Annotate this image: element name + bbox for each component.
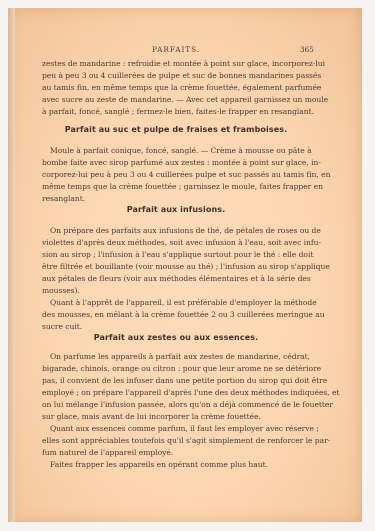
paragraph-line: avec sucre au zeste de mandarine. — Avec… — [42, 94, 310, 106]
paragraph-line: On prépare des parfaits aux infusions de… — [42, 225, 310, 237]
paragraph-line: Quant aux essences comme parfum, il faut… — [42, 423, 310, 435]
paragraph-line: resanglant. — [42, 193, 310, 205]
paragraph-line: employé ; on prépare l'appareil d'après … — [42, 387, 310, 399]
paragraph-line: on lui mélange l'infusion passée, alors … — [42, 399, 310, 411]
section-title: Parfait au suc et pulpe de fraises et fr… — [42, 125, 310, 134]
paragraph-line: On parfume les appareils à parfait aux z… — [42, 351, 310, 363]
paragraph-line: aux pétales de fleurs (voir aux méthodes… — [42, 273, 310, 285]
paragraph-line: Quant à l'apprêt de l'appareil, il est p… — [42, 297, 310, 309]
paragraph-line: sur glace, mais avant de lui incorporer … — [42, 411, 310, 423]
paragraph-line: sucre cuit. — [42, 321, 310, 333]
paragraph-line: des mousses, en mêlant à la crème fouett… — [42, 309, 310, 321]
paragraph-line: bombe faite avec sirop parfumé aux zeste… — [42, 157, 310, 169]
page-binding-edge — [8, 8, 15, 522]
paragraph-line: elles sont appréciables toutefois qu'il … — [42, 435, 310, 447]
paragraph-line: être filtrée et bouillante (voir mousse … — [42, 261, 310, 273]
scanned-page-view: PARFAITS. 365 zestes de mandarine : refr… — [0, 0, 375, 531]
paragraph-line: Faites frapper les appareils en opérant … — [42, 459, 310, 471]
running-head: PARFAITS. — [42, 45, 310, 54]
paragraph-line: zestes de mandarine : refroidie et monté… — [42, 58, 310, 70]
paragraph-line: pas, il convient de les infuser dans une… — [42, 375, 310, 387]
paragraph-line: à parfait, foncé, sanglé ; fermez-le bie… — [42, 106, 310, 118]
page-number: 365 — [300, 45, 314, 54]
paragraph-line: fum naturel de l'appareil employé. — [42, 447, 310, 459]
paragraph-line: violettes d'après deux méthodes, soit av… — [42, 237, 310, 249]
section-title: Parfait aux infusions. — [42, 205, 310, 214]
paragraph-line: bigarade, chinois, orange ou citron : po… — [42, 363, 310, 375]
paragraph-line: même temps que la crème fouettée ; garni… — [42, 181, 310, 193]
paragraph-line: au tamis fin, en même temps que la crème… — [42, 82, 310, 94]
paragraph-line: peu à peu 3 ou 4 cuillerées de pulpe et … — [42, 70, 310, 82]
section-title: Parfait aux zestes ou aux essences. — [42, 333, 310, 342]
paragraph-line: mousses). — [42, 285, 310, 297]
paragraph-line: Moule à parfait conique, foncé, sanglé. … — [42, 145, 310, 157]
paragraph-line: sion au sirop ; l'infusion à l'eau s'app… — [42, 249, 310, 261]
paragraph-line: corporez-lui peu à peu 3 ou 4 cuillerées… — [42, 169, 310, 181]
